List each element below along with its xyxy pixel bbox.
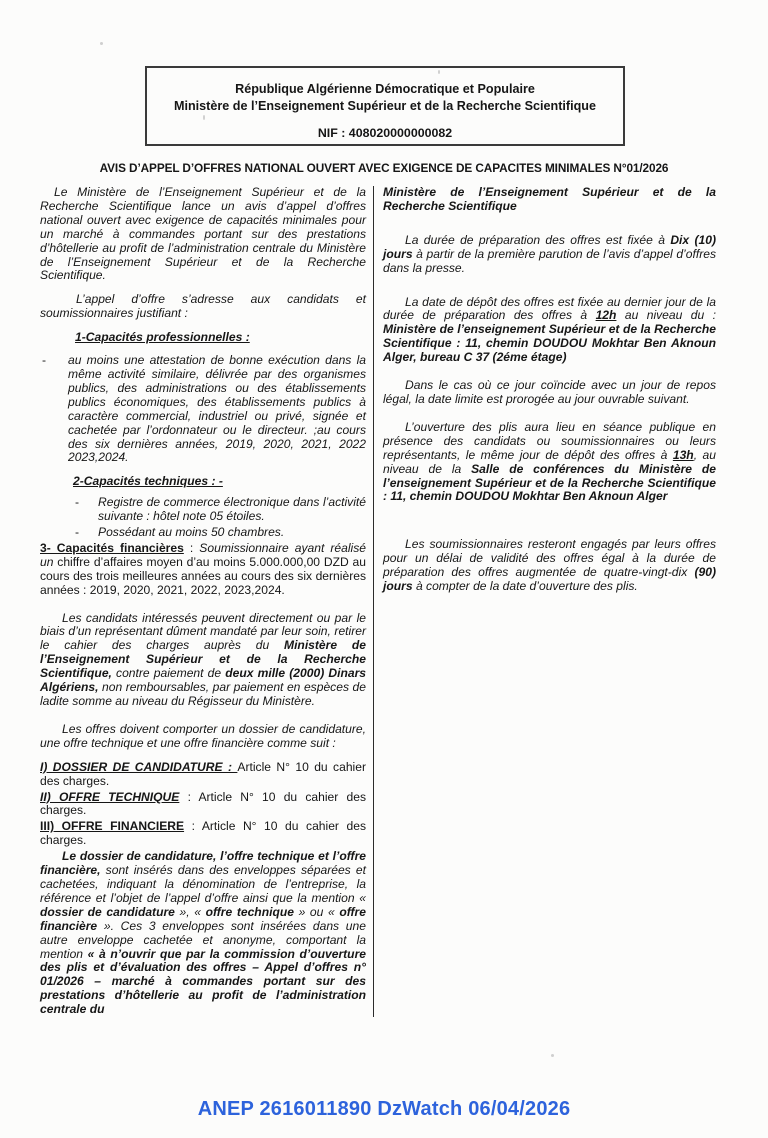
validite-run3: à compter de la date d’ouverture des pli…	[413, 579, 638, 593]
intro-paragraph: Le Ministère de l’Enseignement Supérieur…	[40, 186, 366, 283]
ouverture-run1: L’ouverture des plis aura lieu en séance…	[383, 420, 716, 462]
letterhead-box: République Algérienne Démocratique et Po…	[145, 66, 625, 146]
right-column: Ministère de l’Enseignement Supérieur et…	[374, 186, 716, 1017]
validite-run1: Les soumissionnaires resteront engagés p…	[383, 537, 716, 579]
notice-title: AVIS D’APPEL D’OFFRES NATIONAL OUVERT AV…	[0, 161, 768, 175]
ministry-continuation: Ministère de l’Enseignement Supérieur et…	[383, 186, 716, 214]
financiere-heading: III) OFFRE FINANCIERE	[40, 819, 184, 833]
list-dash: -	[42, 354, 46, 368]
chambres-item: -Possédant au moins 50 chambres.	[40, 526, 366, 540]
ministry-line: Ministère de l’Enseignement Supérieur et…	[147, 98, 623, 115]
heading-capacites-professionnelles: 1-Capacités professionnelles :	[75, 331, 366, 345]
anep-footer: ANEP 2616011890 DzWatch 06/04/2026	[0, 1098, 768, 1121]
enveloppes-paragraph: Le dossier de candidature, l’offre techn…	[40, 850, 366, 1017]
technique-heading: II) OFFRE TECHNIQUE	[40, 790, 179, 804]
offre-technique-line: II) OFFRE TECHNIQUE : Article N° 10 du c…	[40, 791, 366, 819]
enveloppes-run5: offre technique	[206, 905, 294, 919]
republic-line: République Algérienne Démocratique et Po…	[147, 81, 623, 98]
addressees-paragraph: L’appel d’offre s’adresse aux candidats …	[40, 293, 366, 321]
dossier-heading: I) DOSSIER DE CANDIDATURE :	[40, 760, 237, 774]
depot-run3: au niveau du :	[616, 308, 716, 322]
depot-address-run: Ministère de l’enseignement Supérieur et…	[383, 322, 716, 364]
validite-paragraph: Les soumissionnaires resteront engagés p…	[383, 538, 716, 594]
heading-capacites-techniques: 2-Capacités techniques : -	[73, 475, 366, 489]
enveloppes-run3: dossier de candidature	[40, 905, 175, 919]
capacites-financieres-paragraph: 3- Capacités financières : Soumissionnai…	[40, 542, 366, 598]
offres-composition-paragraph: Les offres doivent comporter un dossier …	[40, 723, 366, 751]
duree-paragraph: La durée de préparation des offres est f…	[383, 234, 716, 276]
heure-12h-run: 12h	[596, 308, 617, 322]
chambres-text: Possédant au moins 50 chambres.	[98, 525, 284, 539]
depot-paragraph: La date de dépôt des offres est fixée au…	[383, 296, 716, 366]
heading-capacites-financieres: 3- Capacités financières	[40, 541, 184, 555]
attestation-item: -au moins une attestation de bonne exécu…	[40, 354, 366, 465]
scan-speck	[551, 1054, 554, 1057]
duree-run1: La durée de préparation des offres est f…	[405, 233, 670, 247]
nif-line: NIF : 408020000000082	[147, 125, 623, 142]
enveloppes-run4: », «	[175, 905, 206, 919]
offre-financiere-line: III) OFFRE FINANCIERE : Article N° 10 du…	[40, 820, 366, 848]
registre-item: -Registre de commerce électronique dans …	[40, 496, 366, 524]
repos-paragraph: Dans le cas où ce jour coïncide avec un …	[383, 379, 716, 407]
enveloppes-run9: « à n’ouvrir que par la commission d’ouv…	[40, 947, 366, 1017]
scan-speck	[100, 42, 103, 45]
dossier-candidature-line: I) DOSSIER DE CANDIDATURE : Article N° 1…	[40, 761, 366, 789]
chiffre-affaires-run: chiffre d’affaires moyen d’au moins 5.00…	[40, 555, 366, 597]
enveloppes-run6: » ou «	[294, 905, 339, 919]
registre-text: Registre de commerce électronique dans l…	[98, 495, 366, 523]
attestation-text: au moins une attestation de bonne exécut…	[68, 353, 366, 464]
duree-run3: à partir de la première parution de l’av…	[383, 247, 716, 275]
left-column: Le Ministère de l’Enseignement Supérieur…	[40, 186, 374, 1017]
separator: :	[184, 541, 199, 555]
retrait-run3: contre paiement de	[112, 666, 225, 680]
ouverture-paragraph: L’ouverture des plis aura lieu en séance…	[383, 421, 716, 504]
list-dash: -	[75, 526, 79, 540]
list-dash: -	[75, 496, 79, 510]
document-body: Le Ministère de l’Enseignement Supérieur…	[40, 186, 716, 1017]
heure-13h-run: 13h	[673, 448, 694, 462]
retrait-paragraph: Les candidats intéressés peuvent directe…	[40, 612, 366, 709]
